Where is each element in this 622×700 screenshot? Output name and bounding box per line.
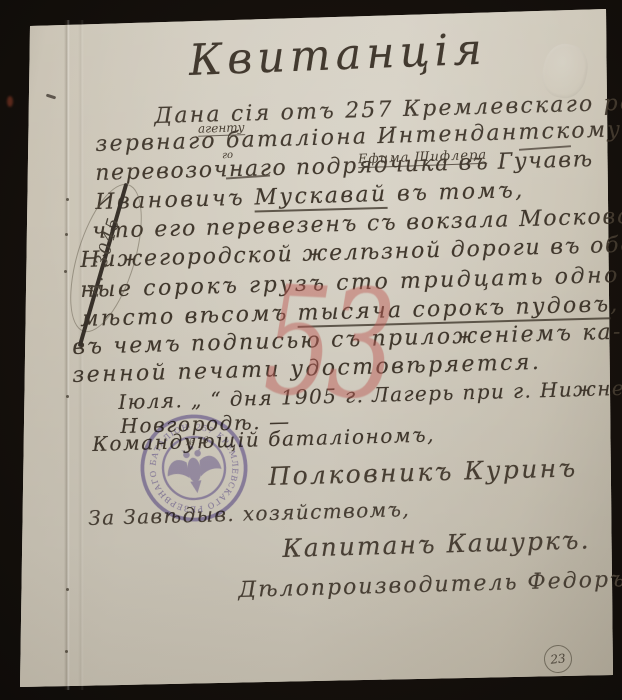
body-text: , bbox=[610, 292, 620, 317]
binding-hole bbox=[65, 650, 68, 653]
official-stamp: · 257 КРЕМЛЕВСКАГО РЕЗЕРВНАГО БАТАЛIОНА … bbox=[125, 399, 263, 537]
interlinear-insertion: агенту bbox=[198, 120, 245, 137]
double-headed-eagle-icon bbox=[164, 442, 225, 497]
binding-hole bbox=[64, 270, 67, 273]
page-number: 23 bbox=[550, 651, 567, 667]
red-crayon-number: 53 bbox=[262, 266, 392, 422]
binding-hole bbox=[66, 395, 69, 398]
photographed-document: Квитанцiя Дана сiя отъ 257 Кремлевскаго … bbox=[0, 0, 622, 700]
binding-hole bbox=[65, 233, 68, 236]
background-speck bbox=[7, 96, 13, 107]
binding-hole bbox=[66, 588, 69, 591]
binding-hole bbox=[66, 198, 69, 201]
interlinear-insertion: го bbox=[222, 150, 233, 161]
body-text: въ томъ, bbox=[387, 178, 525, 207]
underlined-name: Мускавай bbox=[254, 182, 388, 213]
